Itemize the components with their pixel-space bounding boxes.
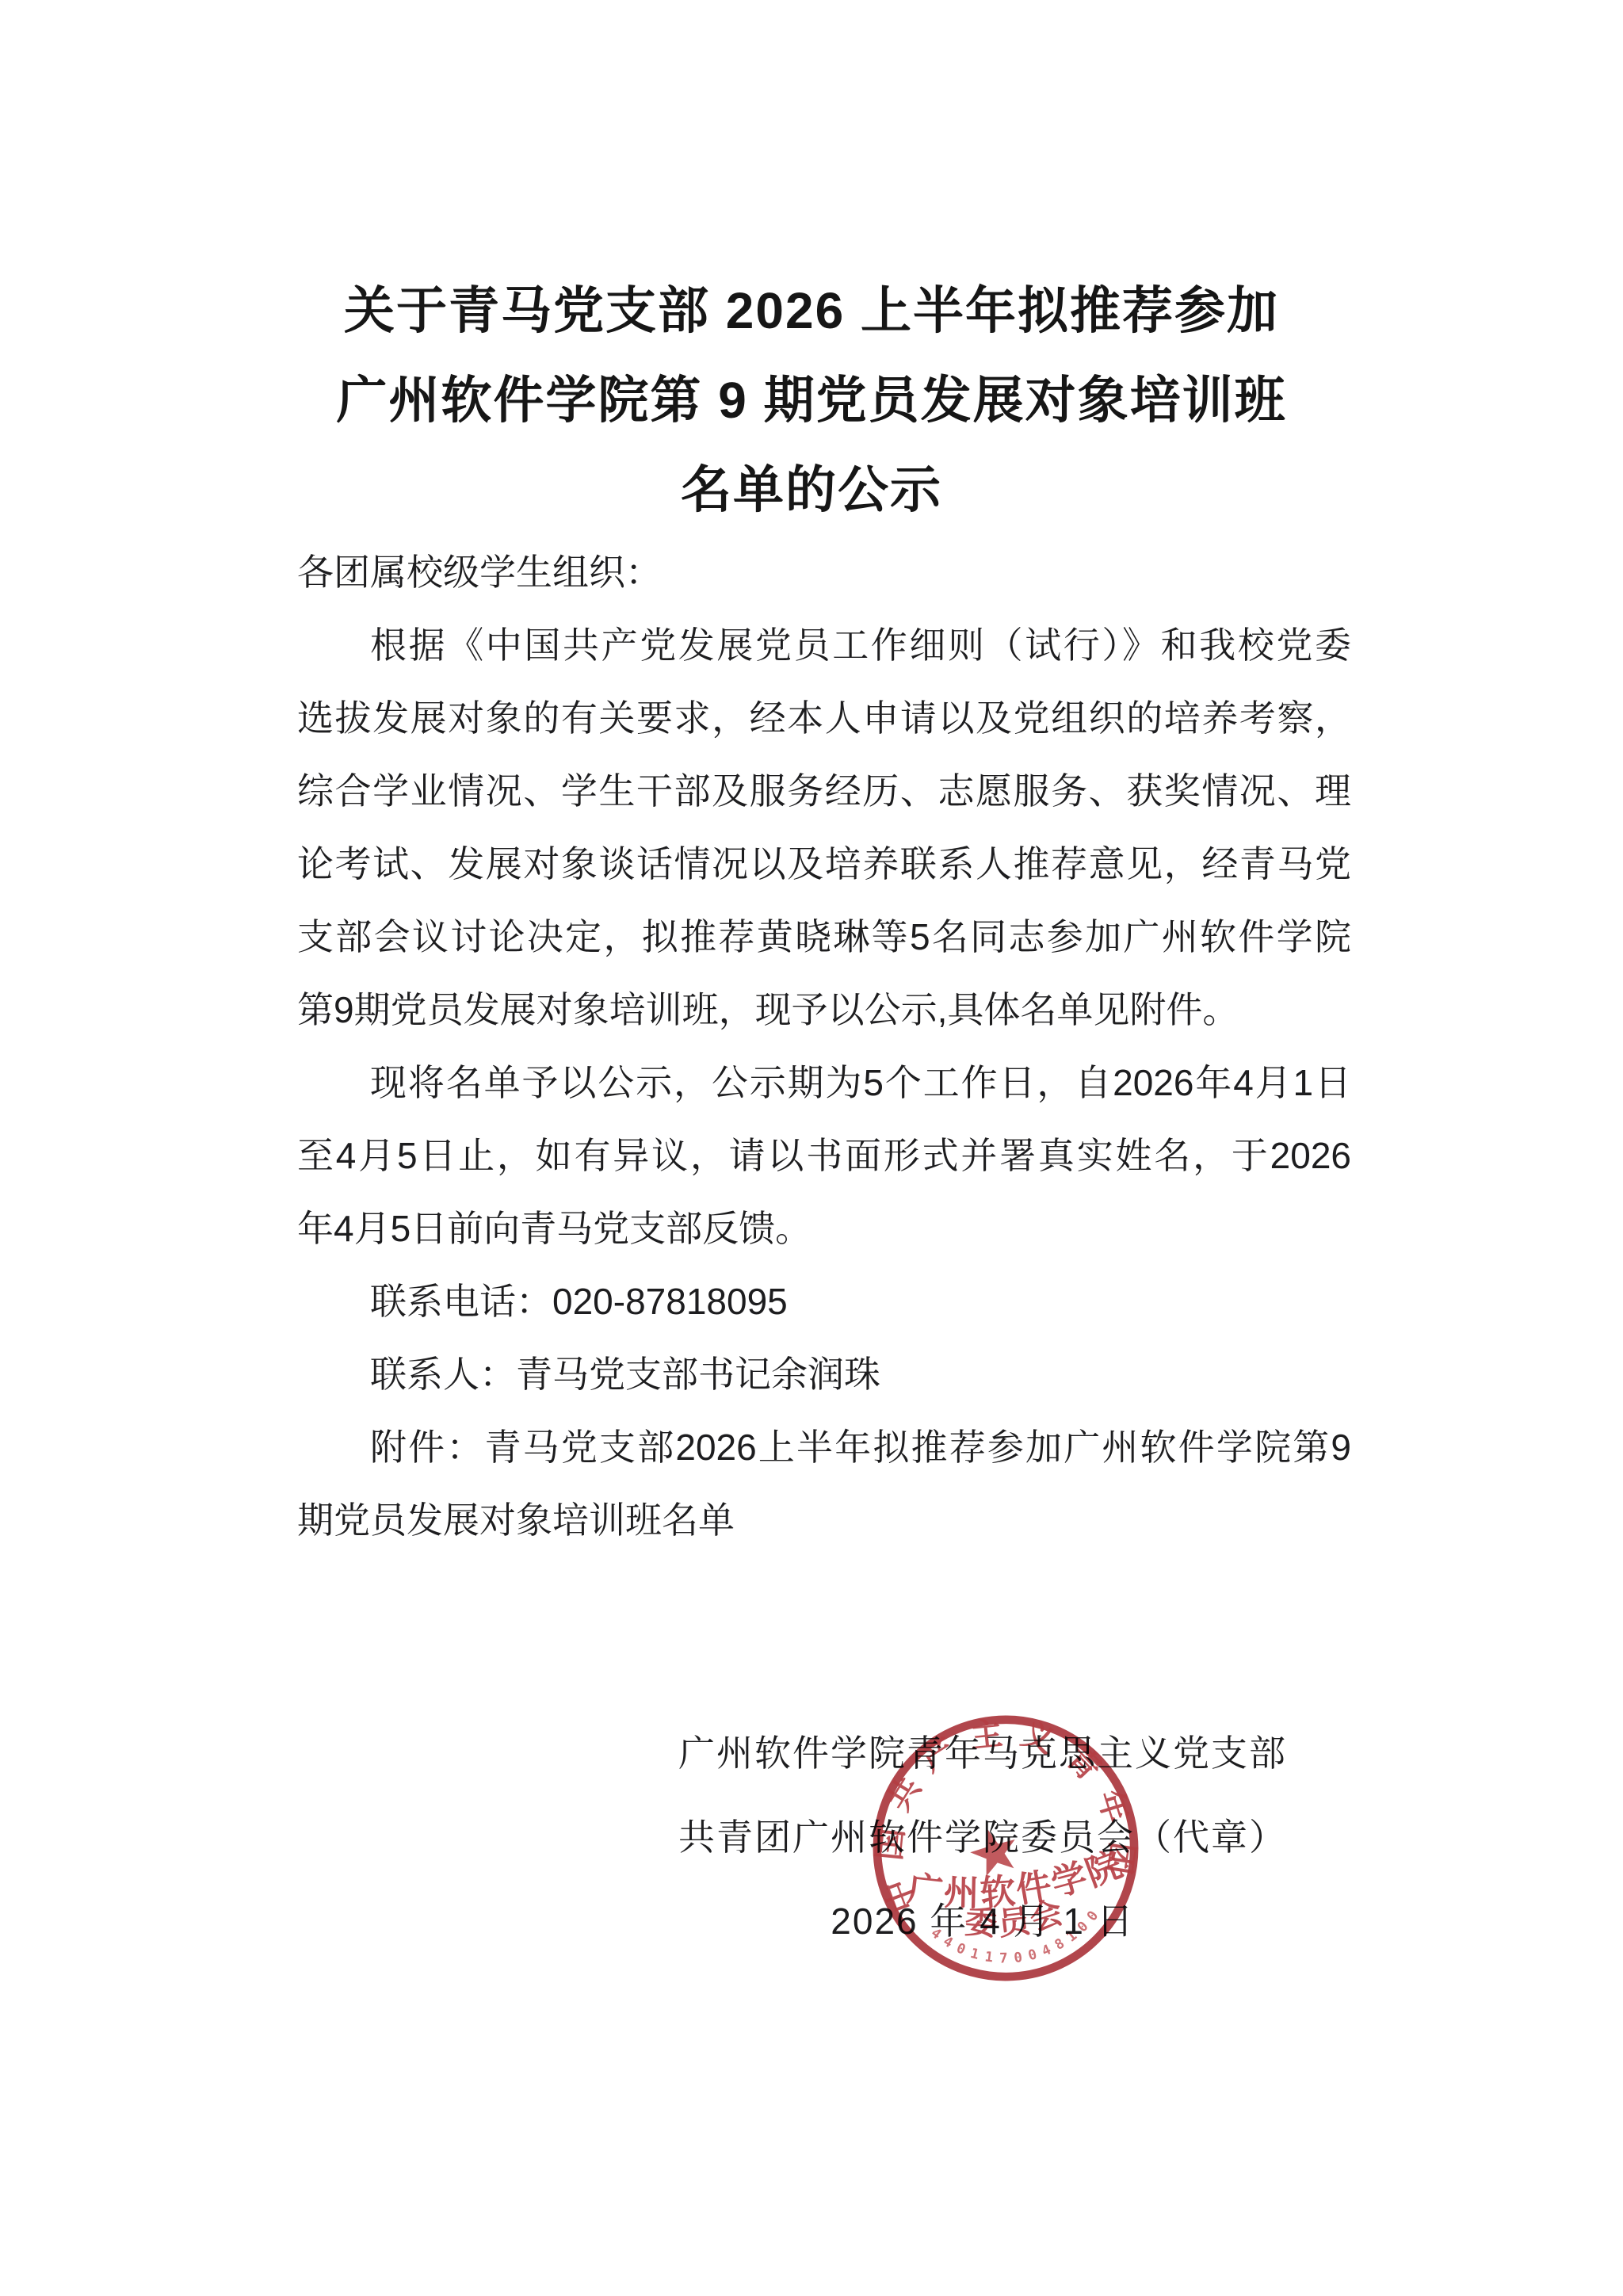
contact-phone-line: 联系电话：020-87818095 bbox=[297, 1265, 1351, 1338]
title-line-2: 广州软件学院第 9 期党员发展对象培训班 bbox=[285, 356, 1338, 445]
document-page: 关于青马党支部 2026 上半年拟推荐参加 广州软件学院第 9 期党员发展对象培… bbox=[0, 0, 1623, 2296]
title-line-1: 关于青马党支部 2026 上半年拟推荐参加 bbox=[285, 266, 1338, 356]
body-paragraph1-line6: 第9期党员发展对象培训班，现予以公示,具体名单见附件。 bbox=[297, 973, 1351, 1046]
signature-block: 广州软件学院青年马克思主义党支部 共青团广州软件学院委员会（代章） 2026 年… bbox=[586, 1711, 1379, 1963]
signature-date: 2026 年 4 月 1 日 bbox=[586, 1879, 1379, 1963]
body-paragraph1-line2: 选拔发展对象的有关要求，经本人申请以及党组织的培养考察， bbox=[297, 682, 1351, 755]
body-paragraph1-line5: 支部会议讨论决定，拟推荐黄晓琳等5名同志参加广州软件学院 bbox=[297, 900, 1351, 973]
document-body: 各团属校级学生组织： 根据《中国共产党发展党员工作细则（试行）》和我校党委 选拔… bbox=[297, 536, 1351, 1557]
attachment-line1: 附件：青马党支部2026上半年拟推荐参加广州软件学院第9 bbox=[297, 1411, 1351, 1484]
signature-org-1: 广州软件学院青年马克思主义党支部 bbox=[586, 1711, 1379, 1795]
body-salutation: 各团属校级学生组织： bbox=[297, 536, 1351, 609]
body-paragraph1-line3: 综合学业情况、学生干部及服务经历、志愿服务、获奖情况、理 bbox=[297, 755, 1351, 827]
title-line-3: 名单的公示 bbox=[285, 445, 1338, 535]
document-title: 关于青马党支部 2026 上半年拟推荐参加 广州软件学院第 9 期党员发展对象培… bbox=[285, 266, 1338, 535]
contact-person-line: 联系人：青马党支部书记余润珠 bbox=[297, 1338, 1351, 1411]
body-paragraph2-line2: 至4月5日止，如有异议，请以书面形式并署真实姓名，于2026 bbox=[297, 1119, 1351, 1192]
body-paragraph1-line1: 根据《中国共产党发展党员工作细则（试行）》和我校党委 bbox=[297, 609, 1351, 682]
body-paragraph1-line4: 论考试、发展对象谈话情况以及培养联系人推荐意见，经青马党 bbox=[297, 827, 1351, 900]
body-paragraph2-line3: 年4月5日前向青马党支部反馈。 bbox=[297, 1192, 1351, 1265]
body-paragraph2-line1: 现将名单予以公示，公示期为5个工作日，自2026年4月1日 bbox=[297, 1046, 1351, 1119]
attachment-line2: 期党员发展对象培训班名单 bbox=[297, 1484, 1351, 1557]
signature-org-2: 共青团广州软件学院委员会（代章） bbox=[586, 1795, 1379, 1879]
